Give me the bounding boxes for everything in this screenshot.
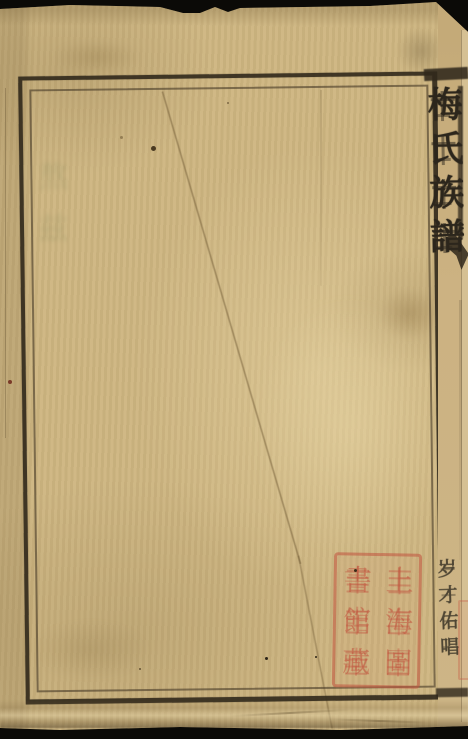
ink-speck: [315, 656, 317, 658]
spine-title-character: 梅: [427, 84, 462, 129]
spine-title: 梅 氏 族 譜: [427, 84, 464, 265]
ink-speck: [120, 136, 123, 139]
spine-edge-line-faint: [459, 300, 462, 560]
seal-character: 書: [342, 559, 373, 601]
ink-speck: [139, 668, 141, 670]
seal-character: 館: [342, 600, 373, 642]
foxing-speck: [8, 380, 12, 384]
spine-bottom-border: [436, 688, 468, 698]
ink-speck: [227, 102, 229, 104]
seal-left-column: 書 館 藏: [341, 559, 375, 683]
paper-sheet: 熬 兹 梅 氏 族 譜 岁 才 佑 唱 上: [0, 0, 468, 739]
ink-speck: [265, 657, 268, 660]
seal-character: 圖: [383, 642, 414, 684]
scanned-book-page: 熬 兹 梅 氏 族 譜 岁 才 佑 唱 上: [0, 0, 468, 739]
left-edge-crease: [5, 88, 6, 438]
spine-title-character: 氏: [428, 128, 463, 173]
ink-speck: [151, 146, 156, 151]
seal-right-column: 上 海 圖: [383, 560, 417, 684]
library-seal-stamp: 上 海 圖 書 館 藏: [332, 552, 422, 689]
spine-title-character: 族: [429, 172, 464, 217]
annotation-character: 岁: [437, 556, 460, 583]
seal-character: 上: [384, 560, 415, 602]
spine-title-character: 譜: [430, 216, 465, 261]
seal-character: 藏: [341, 641, 372, 683]
partial-edge-seal: [458, 600, 468, 680]
spine-top-border: [424, 67, 468, 81]
seal-character: 海: [384, 601, 415, 643]
paper-stain: [52, 40, 142, 74]
ink-speck: [354, 569, 357, 572]
